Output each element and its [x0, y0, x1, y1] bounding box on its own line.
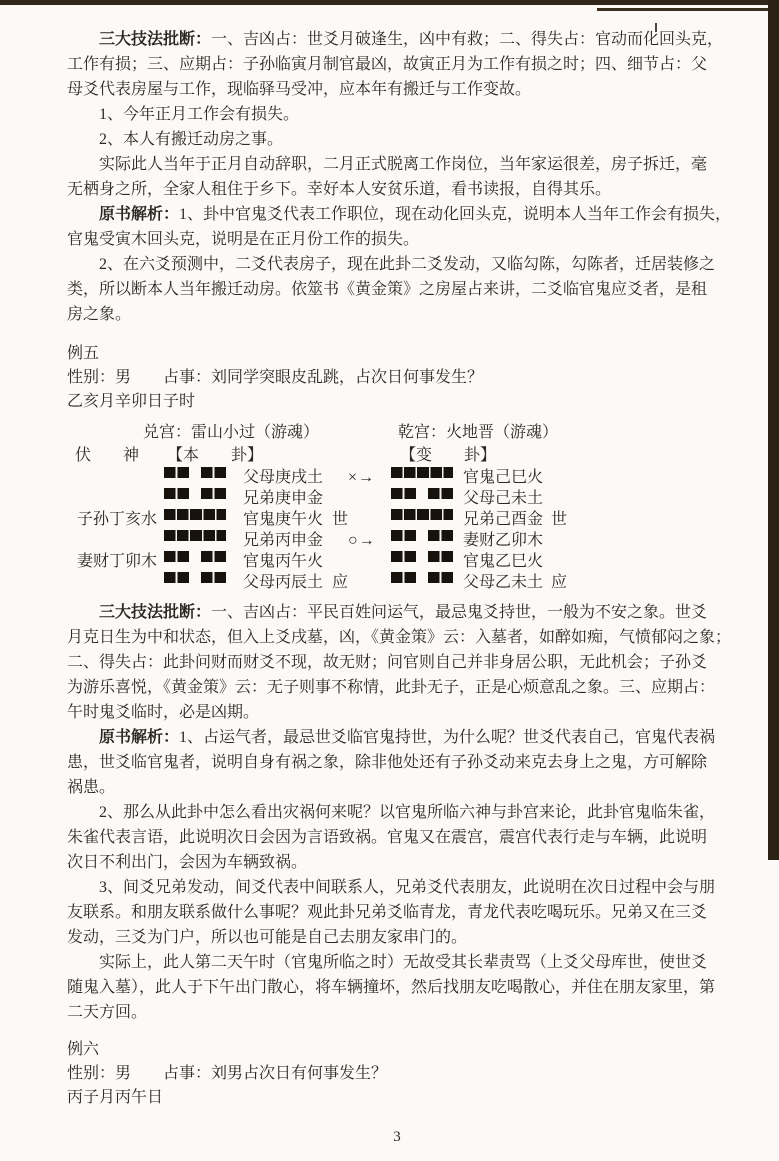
text-line: 工作有损；三、应期占：子孙临寅月制官最凶，故寅正月为工作有损之时；四、细节占：父: [67, 52, 727, 77]
right-palace-label: 乾宫：火地晋（游魂）: [398, 421, 558, 444]
bian-world-mark: 世: [551, 509, 567, 530]
hexagram-row: 妻财丁卯木官鬼丙午火官鬼乙巳火: [67, 551, 727, 572]
ben-hexagram-line: [164, 572, 226, 583]
text-line: 官鬼受寅木回头克，说明是在正月份工作的损失。: [67, 227, 727, 252]
change-marker: ○→: [348, 530, 376, 551]
ben-hexagram-line: [164, 530, 226, 541]
paragraph-three-methods-1: 三大技法批断：一、吉凶占：世爻月破逢生，凶中有救；二、得失占：官动而化回头克，工…: [67, 27, 727, 102]
text-line: 2、在六爻预测中，二爻代表房子，现在此卦二爻发动，又临勾陈，勾陈者，迁居装修之: [67, 252, 727, 277]
text-line: 1、今年正月工作会有损失。: [67, 102, 727, 127]
text-line: 月克日生为中和状态，但入上爻戌墓，凶，《黄金策》云：入墓者，如醉如痴，气愤郁闷之…: [67, 625, 727, 650]
example6-title: 例六: [67, 1038, 727, 1062]
text-line: 二、得失占：此卦问财而财爻不现，故无财；问官则自己并非身居公职，无此机会；子孙爻: [67, 650, 727, 675]
example5-info-line: 性别：男 占事：刘同学突眼皮乱跳，占次日何事发生？: [67, 366, 727, 390]
ben-line-label: 官鬼丙午火: [243, 551, 323, 572]
text-line: 患，世爻临官鬼者，说明自身有祸之象，除非他处还有子孙爻动来克去身上之鬼，方可解除: [67, 750, 727, 775]
example5-date-line: 乙亥月辛卯日子时: [67, 390, 727, 414]
text-line: 房之象。: [67, 302, 727, 327]
text-line: 母爻代表房屋与工作，现临驿马受冲，应本年有搬迁与工作变故。: [67, 77, 727, 102]
example5-title: 例五: [67, 342, 727, 366]
bian-line-label: 妻财乙卯木: [463, 530, 543, 551]
hexagram-row: 子孙丁亥水官鬼庚午火世兄弟己酉金世: [67, 509, 727, 530]
ben-hexagram-line: [164, 509, 226, 520]
fushen-label: 妻财丁卯木: [77, 551, 157, 572]
example6-date-line: 丙子月丙午日: [67, 1086, 727, 1110]
hexagram-row: 父母丙辰土应父母乙未土应: [67, 572, 727, 593]
paragraph-analysis-point-2: 2、那么从此卦中怎么看出灾祸何来呢？以官鬼所临六神与卦宫来论，此卦官鬼临朱雀，朱…: [67, 800, 727, 875]
text-line: 类，所以断本人当年搬迁动房。依筮书《黄金策》之房屋占来讲，二爻临官鬼应爻者，是租: [67, 277, 727, 302]
hexagram-row: 父母庚戌土×→官鬼己巳火: [67, 467, 727, 488]
text-line: 发动，三爻为门户，所以也可能是自己去朋友家串门的。: [67, 925, 727, 950]
bian-line-label: 父母乙未土: [463, 572, 543, 593]
ben-line-label: 父母丙辰土: [243, 572, 323, 593]
text-line: 三大技法批断：一、吉凶占：世爻月破逢生，凶中有救；二、得失占：官动而化回头克，: [67, 27, 727, 52]
text-line: 2、本人有搬迁动房之事。: [67, 127, 727, 152]
spacer: [67, 593, 727, 600]
text-line: 朱雀代表言语，此说明次日会因为言语致祸。官鬼又在震宫，震宫代表行走与车辆，此说明: [67, 825, 727, 850]
ben-hexagram-line: [164, 488, 226, 499]
text-line: 友联系。和朋友联系做什么事呢？观此卦兄弟爻临青龙，青龙代表吃喝玩乐。兄弟又在三爻: [67, 900, 727, 925]
page-number: 3: [67, 1126, 727, 1148]
text-line: 二天方回。: [67, 1000, 727, 1025]
hexagram-row: 兄弟丙申金○→妻财乙卯木: [67, 530, 727, 551]
text-line: 实际上，此人第二天午时（官鬼所临之时）无故受其长辈责骂（上爻父母库世，使世爻: [67, 950, 727, 975]
bian-hexagram-line: [391, 467, 453, 478]
text-line: 3、间爻兄弟发动，间爻代表中间联系人，兄弟爻代表朋友，此说明在次日过程中会与朋: [67, 875, 727, 900]
ben-line-label: 兄弟丙申金: [243, 530, 323, 551]
paragraph-original-analysis-1b: 2、在六爻预测中，二爻代表房子，现在此卦二爻发动，又临勾陈，勾陈者，迁居装修之类…: [67, 252, 727, 327]
ben-world-mark: 世: [332, 509, 348, 530]
ben-hexagram-line: [164, 467, 226, 478]
paragraph-three-methods-2: 三大技法批断：一、吉凶占：平民百姓问运气，最忌鬼爻持世，一般为不安之象。世爻月克…: [67, 600, 727, 725]
scanned-book-page: 三大技法批断：一、吉凶占：世爻月破逢生，凶中有救；二、得失占：官动而化回头克，工…: [0, 0, 779, 1161]
text-line: 随鬼入墓），此人于下午出门散心，将车辆撞坏，然后找朋友吃喝散心，并住在朋友家里，…: [67, 975, 727, 1000]
text-line: 次日不利出门，会因为车辆致祸。: [67, 850, 727, 875]
bian-world-mark: 应: [551, 572, 567, 593]
change-marker: ×→: [348, 467, 375, 488]
ben-line-label: 父母庚戌土: [243, 467, 323, 488]
text-line: 实际此人当年于正月自动辞职，二月正式脱离工作岗位，当年家运很差，房子拆迁，毫: [67, 152, 727, 177]
paragraph-original-analysis-1: 原书解析：1、卦中官鬼爻代表工作职位，现在动化回头克，说明本人当年工作会有损失，…: [67, 202, 727, 252]
text-line: 原书解析：1、卦中官鬼爻代表工作职位，现在动化回头克，说明本人当年工作会有损失，: [67, 202, 727, 227]
ben-hexagram-line: [164, 551, 226, 562]
bian-line-label: 官鬼己巳火: [463, 467, 543, 488]
bian-hexagram-line: [391, 530, 453, 541]
numbered-conclusions: 1、今年正月工作会有损失。 2、本人有搬迁动房之事。: [67, 102, 727, 152]
left-palace-label: 兑宫：雷山小过（游魂）: [143, 421, 319, 444]
paragraph-actual-outcome-2: 实际上，此人第二天午时（官鬼所临之时）无故受其长辈责骂（上爻父母库世，使世爻随鬼…: [67, 950, 727, 1025]
paragraph-analysis-point-3: 3、间爻兄弟发动，间爻代表中间联系人，兄弟爻代表朋友，此说明在次日过程中会与朋友…: [67, 875, 727, 950]
paragraph-actual-outcome-1: 实际此人当年于正月自动辞职，二月正式脱离工作岗位，当年家运很差，房子拆迁，毫无栖…: [67, 152, 727, 202]
scan-edge-topline: [597, 8, 772, 11]
bian-hexagram-line: [391, 509, 453, 520]
scan-edge-right: [768, 0, 779, 860]
paragraph-original-analysis-2: 原书解析：1、占运气者，最忌世爻临官鬼持世，为什么呢？世爻代表自己，官鬼代表祸患…: [67, 725, 727, 800]
bian-line-label: 父母己未土: [463, 488, 543, 509]
text-line: 为游乐喜悦，《黄金策》云：无子则事不称情，此卦无子，正是心烦意乱之象。三、应期占…: [67, 675, 727, 700]
bian-hexagram-line: [391, 488, 453, 499]
bian-line-label: 兄弟己酉金: [463, 509, 543, 530]
page-content: 三大技法批断：一、吉凶占：世爻月破逢生，凶中有救；二、得失占：官动而化回头克，工…: [67, 27, 727, 1148]
ben-world-mark: 应: [332, 572, 348, 593]
text-line: 祸患。: [67, 775, 727, 800]
text-line: 午时鬼爻临时，必是凶期。: [67, 700, 727, 725]
spacer: [67, 414, 727, 421]
ben-line-label: 官鬼庚午火: [243, 509, 323, 530]
text-line: 原书解析：1、占运气者，最忌世爻临官鬼持世，为什么呢？世爻代表自己，官鬼代表祸: [67, 725, 727, 750]
hexagram-column-header: 伏 神 【本 卦】 【变 卦】: [67, 444, 727, 467]
text-line: 无栖身之所，全家人租住于乡下。幸好本人安贫乐道，看书读报，自得其乐。: [67, 177, 727, 202]
changed-hexagram-header: 【变 卦】: [400, 444, 496, 467]
ben-line-label: 兄弟庚申金: [243, 488, 323, 509]
bian-hexagram-line: [391, 551, 453, 562]
fushen-label: 子孙丁亥水: [77, 509, 157, 530]
spacer: [67, 327, 727, 342]
fushen-header: 伏 神: [75, 444, 139, 467]
text-line: 三大技法批断：一、吉凶占：平民百姓问运气，最忌鬼爻持世，一般为不安之象。世爻: [67, 600, 727, 625]
spacer: [67, 1025, 727, 1038]
bian-hexagram-line: [391, 572, 453, 583]
example6-info-line: 性别：男 占事：刘男占次日有何事发生？: [67, 1062, 727, 1086]
text-line: 2、那么从此卦中怎么看出灾祸何来呢？以官鬼所临六神与卦宫来论，此卦官鬼临朱雀，: [67, 800, 727, 825]
original-hexagram-header: 【本 卦】: [167, 444, 263, 467]
hexagram-palace-header: 兑宫：雷山小过（游魂） 乾宫：火地晋（游魂）: [67, 421, 727, 444]
bian-line-label: 官鬼乙巳火: [463, 551, 543, 572]
scan-edge-top: [0, 0, 779, 5]
hexagram-table: 父母庚戌土×→官鬼己巳火兄弟庚申金父母己未土子孙丁亥水官鬼庚午火世兄弟己酉金世兄…: [67, 467, 727, 593]
hexagram-row: 兄弟庚申金父母己未土: [67, 488, 727, 509]
